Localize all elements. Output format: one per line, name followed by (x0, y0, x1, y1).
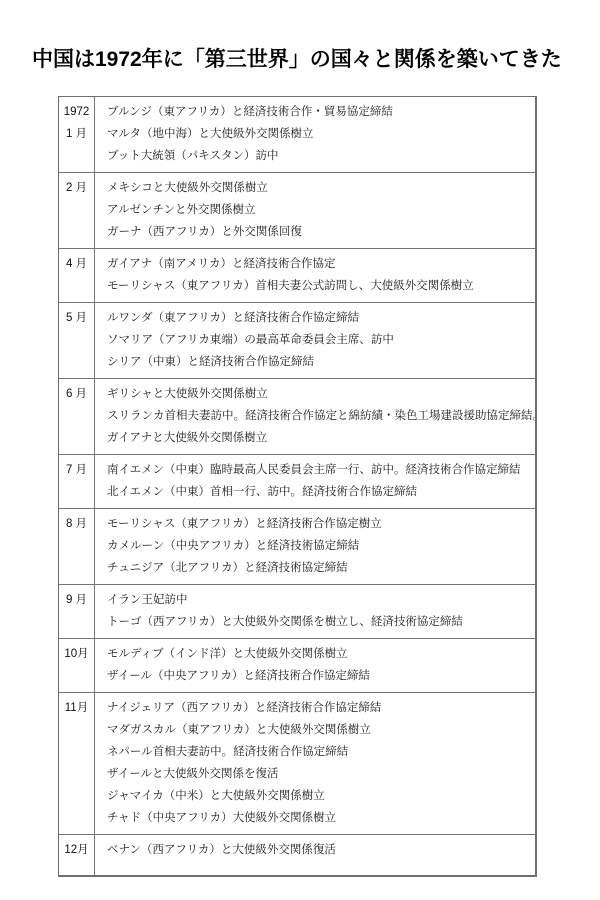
event-line: マルタ（地中海）と大使級外交関係樹立 (107, 123, 535, 145)
events-cell: モーリシャス（東アフリカ）と経済技術合作協定樹立カメルーン（中央アフリカ）と経済… (95, 509, 535, 584)
table-row: 4 月ガイアナ（南アメリカ）と経済技術合作協定モーリシャス（東アフリカ）首相夫妻… (59, 249, 535, 303)
month-cell: 2 月 (59, 173, 95, 248)
month-label: 1972 (60, 101, 93, 123)
table-row: 8 月モーリシャス（東アフリカ）と経済技術合作協定樹立カメルーン（中央アフリカ）… (59, 509, 535, 585)
event-line: ギリシャと大使級外交関係樹立 (107, 383, 535, 405)
month-cell: 9 月 (59, 585, 95, 638)
month-label: 2 月 (60, 177, 93, 199)
event-line: ガーナ（西アフリカ）と外交関係回復 (107, 221, 535, 243)
event-line: モーリシャス（東アフリカ）と経済技術合作協定樹立 (107, 513, 535, 535)
event-line: ジャマイカ（中米）と大使級外交関係樹立 (107, 785, 535, 807)
month-cell: 4 月 (59, 249, 95, 302)
table-row: 7 月南イエメン（中東）臨時最高人民委員会主席一行、訪中。経済技術合作協定締結北… (59, 455, 535, 509)
event-line: ザイール（中央アフリカ）と経済技術合作協定締結 (107, 665, 535, 687)
events-cell: 南イエメン（中東）臨時最高人民委員会主席一行、訪中。経済技術合作協定締結北イエメ… (95, 455, 535, 508)
event-line: ソマリア（アフリカ東端）の最高革命委員会主席、訪中 (107, 329, 535, 351)
month-label: 7 月 (60, 459, 93, 481)
events-cell: ルワンダ（東アフリカ）と経済技術合作協定締結ソマリア（アフリカ東端）の最高革命委… (95, 303, 535, 378)
event-line: アルゼンチンと外交関係樹立 (107, 199, 535, 221)
events-cell: ベナン（西アフリカ）と大使級外交関係復活 (95, 835, 535, 875)
events-cell: メキシコと大使級外交関係樹立アルゼンチンと外交関係樹立ガーナ（西アフリカ）と外交… (95, 173, 535, 248)
timeline-table: 19721 月ブルンジ（東アフリカ）と経済技術合作・貿易協定締結マルタ（地中海）… (58, 96, 537, 877)
table-row: 6 月ギリシャと大使級外交関係樹立スリランカ首相夫妻訪中。経済技術合作協定と綿紡… (59, 379, 535, 455)
month-label: 1 月 (60, 123, 93, 145)
page-title: 中国は1972年に「第三世界」の国々と関係を築いてきた (32, 46, 600, 74)
event-line: トーゴ（西アフリカ）と大使級外交関係を樹立し、経済技術協定締結 (107, 611, 535, 633)
event-line: メキシコと大使級外交関係樹立 (107, 177, 535, 199)
table-row: 19721 月ブルンジ（東アフリカ）と経済技術合作・貿易協定締結マルタ（地中海）… (59, 97, 535, 173)
event-line: ルワンダ（東アフリカ）と経済技術合作協定締結 (107, 307, 535, 329)
month-label: 10月 (60, 643, 93, 665)
events-cell: ナイジェリア（西アフリカ）と経済技術合作協定締結マダガスカル（東アフリカ）と大使… (95, 693, 535, 834)
events-cell: ブルンジ（東アフリカ）と経済技術合作・貿易協定締結マルタ（地中海）と大使級外交関… (95, 97, 535, 172)
month-cell: 6 月 (59, 379, 95, 454)
month-label: 4 月 (60, 253, 93, 275)
events-cell: モルディブ（インド洋）と大使級外交関係樹立ザイール（中央アフリカ）と経済技術合作… (95, 639, 535, 692)
event-line: ベナン（西アフリカ）と大使級外交関係復活 (107, 839, 535, 861)
table-row: 5 月ルワンダ（東アフリカ）と経済技術合作協定締結ソマリア（アフリカ東端）の最高… (59, 303, 535, 379)
month-cell: 11月 (59, 693, 95, 834)
event-line: チュニジア（北アフリカ）と経済技術協定締結 (107, 557, 535, 579)
event-line: モーリシャス（東アフリカ）首相夫妻公式訪問し、大使級外交関係樹立 (107, 275, 535, 297)
month-cell: 19721 月 (59, 97, 95, 172)
table-row: 11月ナイジェリア（西アフリカ）と経済技術合作協定締結マダガスカル（東アフリカ）… (59, 693, 535, 835)
event-line: モルディブ（インド洋）と大使級外交関係樹立 (107, 643, 535, 665)
event-line: ガイアナ（南アメリカ）と経済技術合作協定 (107, 253, 535, 275)
event-line: 南イエメン（中東）臨時最高人民委員会主席一行、訪中。経済技術合作協定締結 (107, 459, 535, 481)
event-line: ナイジェリア（西アフリカ）と経済技術合作協定締結 (107, 697, 535, 719)
event-line: ブット大統領（パキスタン）訪中 (107, 145, 535, 167)
month-cell: 10月 (59, 639, 95, 692)
event-line: マダガスカル（東アフリカ）と大使級外交関係樹立 (107, 719, 535, 741)
events-cell: ギリシャと大使級外交関係樹立スリランカ首相夫妻訪中。経済技術合作協定と綿紡績・染… (95, 379, 535, 454)
month-label: 6 月 (60, 383, 93, 405)
event-line: 北イエメン（中東）首相一行、訪中。経済技術合作協定締結 (107, 481, 535, 503)
table-row: 10月モルディブ（インド洋）と大使級外交関係樹立ザイール（中央アフリカ）と経済技… (59, 639, 535, 693)
event-line: チャド（中央アフリカ）大使級外交関係樹立 (107, 807, 535, 829)
month-label: 8 月 (60, 513, 93, 535)
month-cell: 12月 (59, 835, 95, 875)
event-line: ザイールと大使級外交関係を復活 (107, 763, 535, 785)
table-row: 2 月メキシコと大使級外交関係樹立アルゼンチンと外交関係樹立ガーナ（西アフリカ）… (59, 173, 535, 249)
events-cell: イラン王妃訪中トーゴ（西アフリカ）と大使級外交関係を樹立し、経済技術協定締結 (95, 585, 535, 638)
month-label: 9 月 (60, 589, 93, 611)
month-label: 5 月 (60, 307, 93, 329)
event-line: ブルンジ（東アフリカ）と経済技術合作・貿易協定締結 (107, 101, 535, 123)
table-row: 9 月イラン王妃訪中トーゴ（西アフリカ）と大使級外交関係を樹立し、経済技術協定締… (59, 585, 535, 639)
event-line: シリア（中東）と経済技術合作協定締結 (107, 351, 535, 373)
events-cell: ガイアナ（南アメリカ）と経済技術合作協定モーリシャス（東アフリカ）首相夫妻公式訪… (95, 249, 535, 302)
document-page: 中国は1972年に「第三世界」の国々と関係を築いてきた 19721 月ブルンジ（… (0, 46, 600, 877)
month-cell: 8 月 (59, 509, 95, 584)
event-line: ネパール首相夫妻訪中。経済技術合作協定締結 (107, 741, 535, 763)
event-line: ガイアナと大使級外交関係樹立 (107, 427, 535, 449)
month-label: 11月 (60, 697, 93, 719)
month-cell: 5 月 (59, 303, 95, 378)
event-line: スリランカ首相夫妻訪中。経済技術合作協定と綿紡績・染色工場建設援助協定締結。 (107, 405, 535, 427)
month-cell: 7 月 (59, 455, 95, 508)
event-line: イラン王妃訪中 (107, 589, 535, 611)
table-row: 12月ベナン（西アフリカ）と大使級外交関係復活 (59, 835, 535, 875)
month-label: 12月 (60, 839, 93, 861)
event-line: カメルーン（中央アフリカ）と経済技術協定締結 (107, 535, 535, 557)
